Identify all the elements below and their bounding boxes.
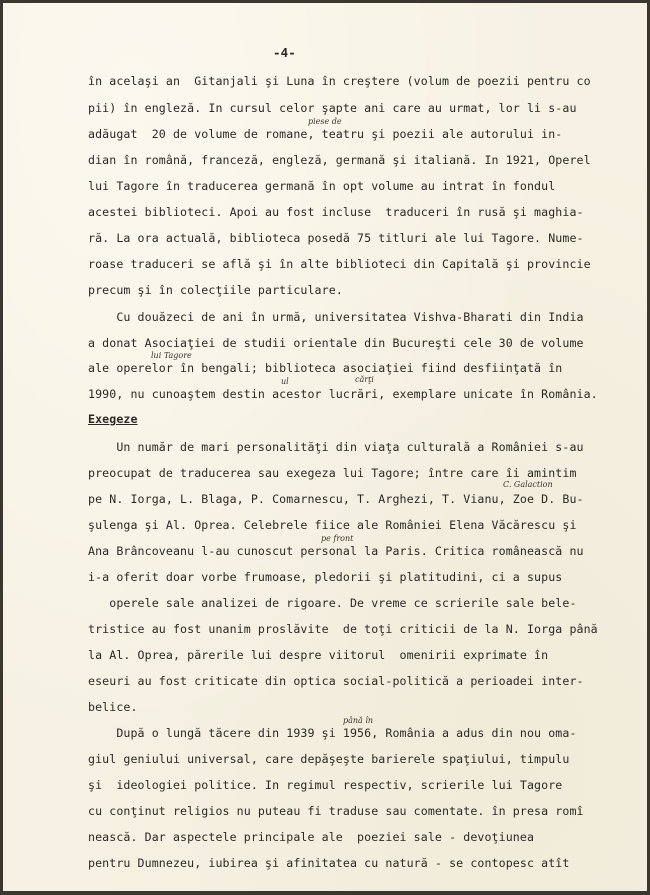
text-line: giul geniului universal, care depăşeşte … [88, 751, 569, 767]
handwritten-annotation: piese de [308, 117, 342, 126]
text-line: pe N. Iorga, L. Blaga, P. Comarnescu, T.… [88, 491, 584, 507]
text-line: 1990, nu cunoaştem destin acestor lucrăr… [88, 386, 598, 402]
handwritten-annotation: lui Tagore [151, 351, 192, 360]
text-line: operele sale analizei de rigoare. De vre… [88, 595, 577, 611]
text-line: Ana Brâncoveanu l-au cunoscut personal l… [88, 543, 584, 559]
text-line: Un număr de mari personalităţi din viaţa… [88, 439, 584, 455]
text-line: preocupat de traducerea sau exegeza lui … [88, 465, 577, 481]
text-line: a donat Asociaţiei de studii orientale d… [88, 335, 584, 351]
text-line: roase traduceri se află şi în alte bibli… [88, 256, 591, 272]
handwritten-annotation: C. Galaction [503, 480, 553, 489]
text-line: şi ideologiei politice. In regimul respe… [88, 777, 562, 793]
text-line: ale operelor în bengali; biblioteca asoc… [88, 360, 562, 376]
text-line: şulenga şi Al. Oprea. Celebrele fiice al… [88, 517, 577, 533]
text-line: ră. La ora actuală, biblioteca posedă 75… [88, 230, 584, 246]
page-number: -4- [273, 45, 296, 60]
text-line: i-a oferit doar vorbe frumoase, pledorii… [88, 569, 562, 585]
text-line: nească. Dar aspectele principale ale poe… [88, 829, 534, 845]
text-line: După o lungă tăcere din 1939 şi 1956, Ro… [88, 725, 577, 741]
text-line: tristice au fost unanim proslăvite de to… [88, 621, 598, 637]
text-line: pii) în engleză. In cursul celor şapte a… [88, 100, 577, 116]
text-line: pentru Dumnezeu, iubirea şi afinitatea c… [88, 855, 569, 871]
text-line: belice. [88, 699, 138, 715]
handwritten-annotation: ul [281, 377, 289, 386]
handwritten-annotation: până în [343, 716, 373, 725]
text-line: acestei biblioteci. Apoi au fost incluse… [88, 204, 584, 220]
text-line: eseuri au fost criticate din optica soci… [88, 673, 584, 689]
handwritten-annotation: pe front [321, 534, 353, 543]
section-heading: Exegeze [88, 412, 138, 426]
text-line: dian în română, franceză, engleză, germa… [88, 152, 591, 168]
text-line: precum şi în colecţiile particulare. [88, 282, 343, 298]
text-line: lui Tagore în traducerea germană în opt … [88, 178, 555, 194]
text-line: cu conţinut religios nu puteau fi tradus… [88, 803, 584, 819]
text-line: Cu douăzeci de ani în urmă, universitate… [88, 309, 584, 325]
handwritten-annotation: cărţi [355, 375, 374, 384]
document-page: -4- în acelaşi an Gitanjali şi Luna în c… [3, 3, 647, 891]
text-line: în acelaşi an Gitanjali şi Luna în creşt… [88, 73, 591, 89]
text-line: adăugat 20 de volume de romane, teatru ş… [88, 126, 562, 142]
text-line: la Al. Oprea, părerile lui despre viitor… [88, 647, 548, 663]
